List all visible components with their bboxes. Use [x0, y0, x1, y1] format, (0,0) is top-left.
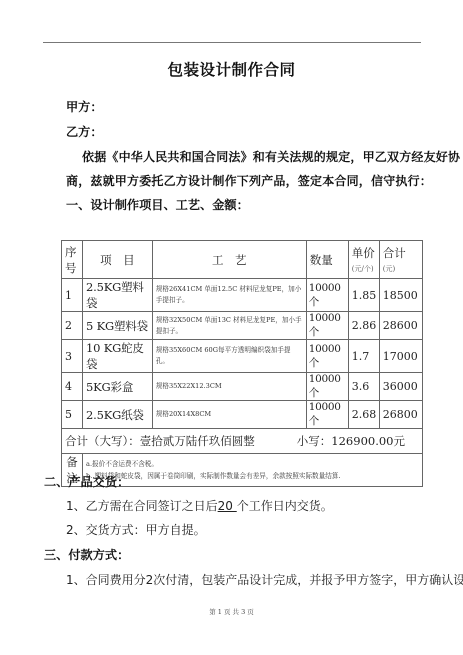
table-row: 5 2.5KG纸袋 规格20X14X8CM 10000个 2.68 26800	[62, 401, 423, 429]
sum-lower: 小写：126900.00元	[297, 433, 405, 449]
section-2-heading: 二、产品交货：	[44, 473, 129, 490]
cell-item: 2.5KG纸袋	[83, 401, 153, 429]
cell-item: 5 KG塑料袋	[83, 312, 153, 340]
table-row: 1 2.5KG塑料袋 规格26X41CM 单面12.5C 材料尼龙复PE，加小手…	[62, 279, 423, 312]
cell-no: 2	[62, 312, 83, 340]
table-header-row: 序号 项 目 工 艺 数量 单价 (元/个) 合计 (元)	[62, 241, 423, 279]
cell-price: 2.86	[348, 312, 379, 340]
table-row: 2 5 KG塑料袋 规格32X50CM 单面13C 材料尼龙复PE，加小手提扣子…	[62, 312, 423, 340]
section-1-heading: 一、设计制作项目、工艺、金额：	[66, 196, 249, 213]
page-footer: 第 1 页 共 3 页	[0, 607, 463, 616]
cell-qty: 10000个	[306, 312, 348, 340]
cell-price: 3.6	[348, 373, 379, 401]
cell-process: 规格35X22X12.3CM	[152, 373, 306, 401]
sum-upper: 合计（大写）：壹拾贰万陆仟玖佰圆整	[65, 433, 255, 449]
sum-cell: 合计（大写）：壹拾贰万陆仟玖佰圆整 小写：126900.00元	[62, 429, 423, 454]
cell-price: 1.85	[348, 279, 379, 312]
cell-process: 规格35X60CM 60G每平方透明编织袋加手提孔。	[152, 340, 306, 373]
header-item: 项 目	[83, 241, 153, 279]
preamble-line-1: 依据《中华人民共和国合同法》和有关法规的规定，甲乙双方经友好协	[82, 148, 460, 165]
cell-no: 3	[62, 340, 83, 373]
cell-process: 规格32X50CM 单面13C 材料尼龙复PE，加小手提扣子。	[152, 312, 306, 340]
cell-item: 2.5KG塑料袋	[83, 279, 153, 312]
cell-no: 1	[62, 279, 83, 312]
header-price-label: 单价	[352, 246, 375, 260]
party-a-label: 甲方：	[66, 98, 103, 115]
preamble-line-2: 商，兹就甲方委托乙方设计制作下列产品，签定本合同，信守执行：	[66, 172, 432, 189]
header-total-unit: (元)	[383, 264, 419, 274]
cell-total: 18500	[379, 279, 422, 312]
header-qty: 数量	[306, 241, 348, 279]
cell-item: 10 KG蛇皮袋	[83, 340, 153, 373]
table-row: 4 5KG彩盒 规格35X22X12.3CM 10000个 3.6 36000	[62, 373, 423, 401]
delivery-item-1: 1、乙方需在合同签订之日后20 个工作日内交货。	[66, 497, 333, 514]
cell-qty: 10000个	[306, 279, 348, 312]
cell-price: 1.7	[348, 340, 379, 373]
delivery-days: 20	[218, 499, 237, 513]
delivery-item-2: 2、交货方式：甲方自提。	[66, 521, 206, 538]
header-price: 单价 (元/个)	[348, 241, 379, 279]
header-total: 合计 (元)	[379, 241, 422, 279]
header-price-unit: (元/个)	[352, 264, 376, 274]
note-b: b..塑料袋和蛇皮袋，因属于卷筒印刷，实际制作数量会有差异，余款按照实际数量结算…	[86, 470, 419, 482]
document-title: 包装设计制作合同	[0, 58, 463, 80]
cell-qty: 10000个	[306, 401, 348, 429]
header-no: 序号	[62, 241, 83, 279]
notes-cell: a.报价不含运费不含税。 b..塑料袋和蛇皮袋，因属于卷筒印刷，实际制作数量会有…	[83, 454, 423, 487]
header-process: 工 艺	[152, 241, 306, 279]
cell-total: 36000	[379, 373, 422, 401]
cell-process: 规格20X14X8CM	[152, 401, 306, 429]
table-row: 3 10 KG蛇皮袋 规格35X60CM 60G每平方透明编织袋加手提孔。 10…	[62, 340, 423, 373]
cell-no: 4	[62, 373, 83, 401]
cell-item: 5KG彩盒	[83, 373, 153, 401]
cell-process: 规格26X41CM 单面12.5C 材料尼龙复PE，加小手提扣子。	[152, 279, 306, 312]
table-sum-row: 合计（大写）：壹拾贰万陆仟玖佰圆整 小写：126900.00元	[62, 429, 423, 454]
section-3-heading: 三、付款方式：	[44, 546, 129, 563]
party-b-label: 乙方：	[66, 123, 103, 140]
payment-item-1: 1、合同费用分2次付清，包装产品设计完成，并报予甲方签字，甲方确认设	[66, 571, 463, 588]
cell-total: 17000	[379, 340, 422, 373]
delivery-item-1-post: 个工作日内交货。	[237, 499, 333, 513]
cell-total: 26800	[379, 401, 422, 429]
cell-total: 28600	[379, 312, 422, 340]
delivery-item-1-pre: 1、乙方需在合同签订之日后	[66, 499, 218, 513]
cell-price: 2.68	[348, 401, 379, 429]
cell-qty: 10000个	[306, 340, 348, 373]
header-rule	[43, 42, 421, 43]
cell-qty: 10000个	[306, 373, 348, 401]
items-table: 序号 项 目 工 艺 数量 单价 (元/个) 合计 (元) 1 2.5KG塑料袋…	[61, 240, 423, 487]
cell-no: 5	[62, 401, 83, 429]
header-total-label: 合计	[383, 246, 406, 260]
note-a: a.报价不含运费不含税。	[86, 458, 419, 470]
